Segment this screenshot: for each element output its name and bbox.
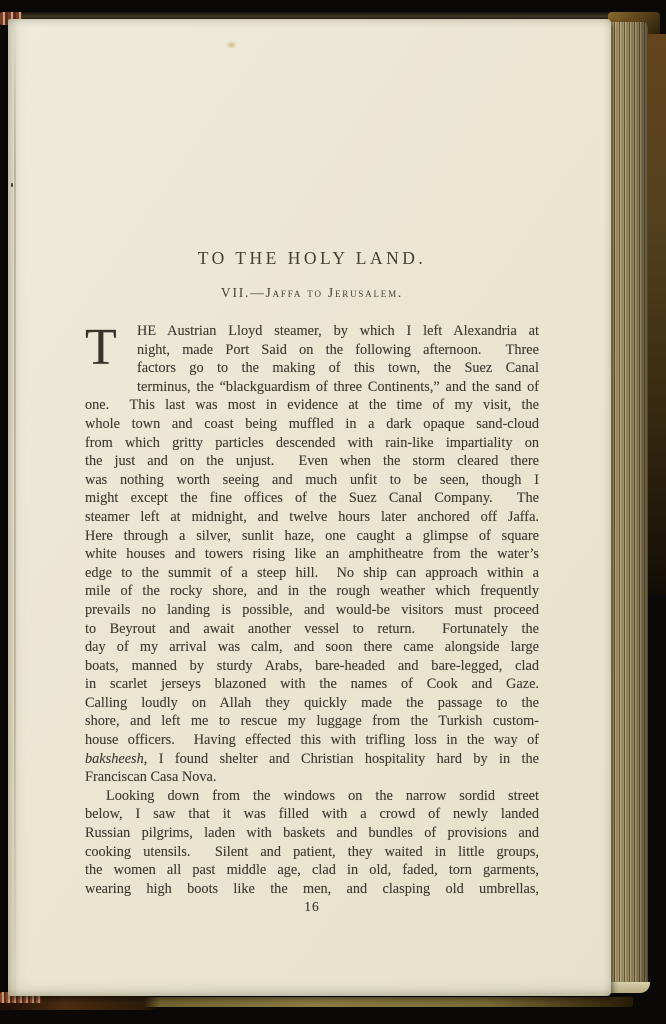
text-line: HE Austrian Lloyd steamer, by which I le… [85,322,539,341]
text-line: might except the fine offices of the Sue… [85,489,539,508]
text-line: Russian pilgrims, laden with baskets and… [85,824,539,843]
text-line: boats, manned by sturdy Arabs, bare-head… [85,657,539,676]
text-line: wearing high boots like the men, and cla… [85,880,539,899]
book-photo: TO THE HOLY LAND. VII.—Jaffa to Jerusale… [0,0,666,1024]
section-heading: VII.—Jaffa to Jerusalem. [85,285,539,301]
text-line: prevails no landing is possible, and wou… [85,601,539,620]
text-line: Looking down from the windows on the nar… [85,787,539,806]
book-fore-edge-pages [610,22,648,988]
text-line: in scarlet jerseys blazoned with the nam… [85,675,539,694]
page-stain [226,41,237,49]
text-line: day of my arrival was calm, and soon the… [85,638,539,657]
book-page: TO THE HOLY LAND. VII.—Jaffa to Jerusale… [8,19,611,996]
drop-cap: T [85,324,131,378]
text-line: baksheesh, I found shelter and Christian… [85,750,539,769]
text-line: night, made Port Said on the following a… [85,341,539,360]
text-line: house officers. Having effected this wit… [85,731,539,750]
text-line: was nothing worth seeing and much unfit … [85,471,539,490]
text-line: from which gritty particles descended wi… [85,434,539,453]
text-line: Here through a silver, sunlit haze, one … [85,527,539,546]
page-text: T HE Austrian Lloyd steamer, by which I … [85,322,539,917]
text-line: the just and on the unjust. Even when th… [85,452,539,471]
text-run: , I found shelter and Christian hospital… [144,751,539,767]
text-line: factors go to the making of this town, t… [85,359,539,378]
page-speck [11,183,13,187]
text-line: to Beyrout and await another vessel to r… [85,620,539,639]
text-line: Calling loudly on Allah they quickly mad… [85,694,539,713]
italic-word: baksheesh [85,751,144,767]
text-line: shore, and left me to rescue my luggage … [85,712,539,731]
text-line: terminus, the “blackguardism of three Co… [85,378,539,397]
text-line: below, I saw that it was filled with a c… [85,805,539,824]
text-line: mile of the rocky shore, and in the roug… [85,582,539,601]
paragraph-2: Looking down from the windows on the nar… [85,787,539,899]
page-crease [14,19,16,996]
page-number: 16 [85,898,539,917]
text-line: one. This last was most in evidence at t… [85,396,539,415]
paragraph-1: T HE Austrian Lloyd steamer, by which I … [85,322,539,787]
text-line: whole town and coast being muffled in a … [85,415,539,434]
chapter-title: TO THE HOLY LAND. [85,248,539,269]
text-line: steamer left at midnight, and twelve hou… [85,508,539,527]
text-line: white houses and towers rising like an a… [85,545,539,564]
text-line: edge to the summit of a steep hill. No s… [85,564,539,583]
text-line: the women all past middle age, clad in o… [85,861,539,880]
text-line: cooking utensils. Silent and patient, th… [85,843,539,862]
text-line: Franciscan Casa Nova. [85,768,539,787]
